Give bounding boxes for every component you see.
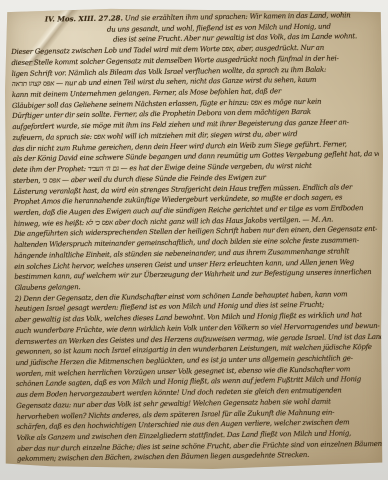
verse-reference: IV. Mos. XIII. 27.28. (45, 13, 123, 23)
manuscript-page: IV. Mos. XIII. 27.28. Und sie erzählten … (5, 8, 383, 469)
manuscript-text: IV. Mos. XIII. 27.28. Und sie erzählten … (11, 10, 383, 466)
manuscript-line-text: Glaubens gelangen. (14, 283, 80, 292)
photo-background: IV. Mos. XIII. 27.28. Und sie erzählten … (0, 0, 388, 480)
manuscript-line-text: gekommen; zwischen den Bächen, zwischen … (17, 451, 309, 463)
manuscript-line-text: dete ihm der Prophet: גם ה׳ העביר — es h… (13, 162, 312, 174)
